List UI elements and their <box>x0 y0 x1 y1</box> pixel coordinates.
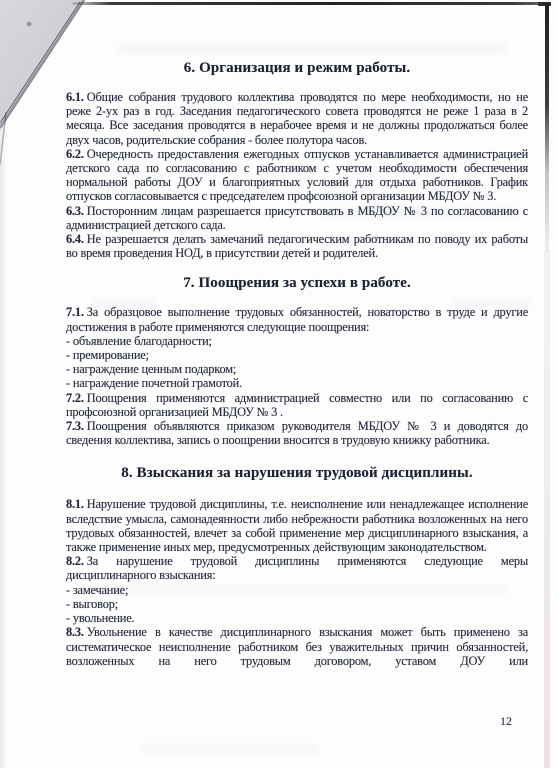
clause-8-3: 8.3.Увольнение в качестве дисциплинарног… <box>66 625 528 668</box>
list-item-text: - награждение ценным подарком; <box>66 362 236 376</box>
list-item: - премирование; <box>66 348 528 362</box>
clause-text: Посторонним лицам разрешается присутство… <box>66 204 528 232</box>
clause-text: Поощрения применяются администрацией сов… <box>66 391 528 419</box>
clause-6-4: 6.4.Не разрешается делать замечаний педа… <box>66 232 528 260</box>
scanned-page: 6. Организация и режим работы. 6.1.Общие… <box>0 0 558 768</box>
clause-number: 7.2. <box>66 391 84 405</box>
clause-number: 8.2. <box>66 554 84 568</box>
list-item: - награждение ценным подарком; <box>66 362 528 376</box>
clause-text: За образцовое выполнение трудовых обязан… <box>66 305 528 333</box>
clause-6-2: 6.2.Очередность предоставления ежегодных… <box>66 147 528 204</box>
clause-text: Поощрения объявляются приказом руководит… <box>66 419 528 447</box>
bleedthrough-smudge <box>140 745 320 753</box>
list-item-text: - увольнение. <box>66 611 134 625</box>
clause-text: Увольнение в качестве дисциплинарного вз… <box>66 625 528 667</box>
list-item: - награждение почетной грамотой. <box>66 376 528 390</box>
clause-6-3: 6.3.Посторонним лицам разрешается присут… <box>66 204 528 232</box>
list-item: - объявление благодарности; <box>66 334 528 348</box>
section-6-heading: 6. Организация и режим работы. <box>66 58 528 78</box>
clause-text: Нарушение трудовой дисциплины, т.е. неис… <box>66 497 528 554</box>
clause-8-2: 8.2.За нарушение трудовой дисциплины при… <box>66 554 528 582</box>
clause-number: 8.3. <box>66 625 84 639</box>
list-item-text: - замечание; <box>66 583 128 597</box>
page-number: 12 <box>66 714 512 729</box>
clause-text: Общие собрания трудового коллектива пров… <box>66 90 528 147</box>
section-7-heading: 7. Поощрения за успехи в работе. <box>66 273 528 293</box>
clause-text: За нарушение трудовой дисциплины применя… <box>66 554 528 582</box>
list-item-text: - награждение почетной грамотой. <box>66 376 242 390</box>
list-item: - замечание; <box>66 583 528 597</box>
list-item-text: - выговор; <box>66 597 118 611</box>
clause-7-1: 7.1.За образцовое выполнение трудовых об… <box>66 305 528 333</box>
scan-edge-shadow-left <box>0 120 7 768</box>
list-item-text: - объявление благодарности; <box>66 334 212 348</box>
list-item: - увольнение. <box>66 611 528 625</box>
clause-text: Не разрешается делать замечаний педагоги… <box>66 232 528 260</box>
list-item-text: - премирование; <box>66 348 149 362</box>
clause-number: 6.3. <box>66 204 84 218</box>
clause-number: 6.4. <box>66 232 84 246</box>
clause-number: 6.2. <box>66 147 84 161</box>
clause-number: 6.1. <box>66 90 84 104</box>
scan-edge-shadow-right <box>544 250 550 768</box>
document-content: 6. Организация и режим работы. 6.1.Общие… <box>66 58 528 668</box>
scan-edge-line-right <box>545 3 549 253</box>
section-8-heading: 8. Взыскания за нарушения трудовой дисци… <box>66 463 528 483</box>
scan-edge-line-top <box>72 2 549 5</box>
bleedthrough-smudge <box>118 44 508 54</box>
clause-text: Очередность предоставления ежегодных отп… <box>66 147 528 204</box>
clause-7-3: 7.3.Поощрения объявляются приказом руков… <box>66 419 528 447</box>
clause-number: 7.1. <box>66 305 84 319</box>
clause-number: 7.3. <box>66 419 84 433</box>
clause-8-1: 8.1.Нарушение трудовой дисциплины, т.е. … <box>66 497 528 554</box>
clause-7-2: 7.2.Поощрения применяются администрацией… <box>66 391 528 419</box>
clause-6-1: 6.1.Общие собрания трудового коллектива … <box>66 90 528 147</box>
list-item: - выговор; <box>66 597 528 611</box>
clause-number: 8.1. <box>66 497 84 511</box>
